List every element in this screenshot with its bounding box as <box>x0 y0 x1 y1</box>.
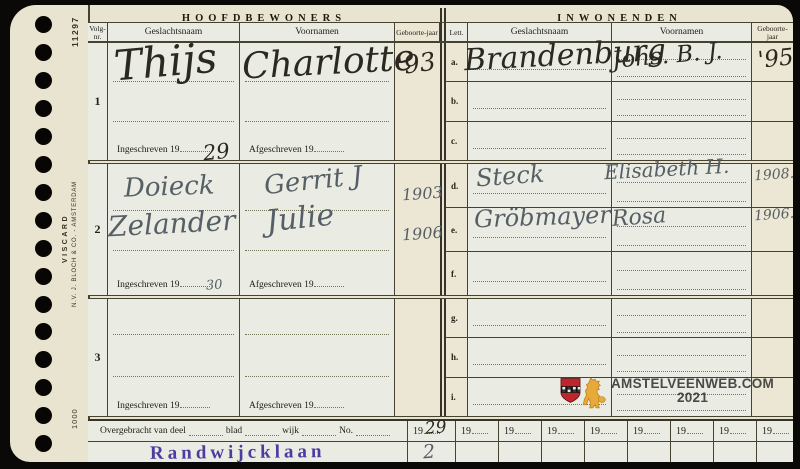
dotted-fill <box>180 399 210 408</box>
inwonende-row-b: b. <box>446 82 793 121</box>
write-line <box>617 315 746 316</box>
write-line <box>617 371 746 372</box>
year-column-4: 19 <box>541 421 584 462</box>
ingeschreven-text: Ingeschreven 19 <box>117 280 180 290</box>
inwonende-row-e: e. Gröbmayer Rosa 1906. <box>446 208 793 252</box>
punch-hole <box>35 323 52 340</box>
handwritten-birthyear: 1906. <box>754 207 795 224</box>
dotted-fill <box>644 425 660 434</box>
write-line <box>617 410 746 411</box>
write-line <box>617 76 746 77</box>
inwonenden-rows-a-c: a. Brandenburg Johs. B. J. '95 b. <box>446 43 793 160</box>
handwritten-house-number: 2 <box>422 443 435 463</box>
punch-hole <box>35 100 52 117</box>
write-line <box>113 121 234 122</box>
write-line <box>473 108 606 109</box>
transfer-label-no: No. <box>339 426 353 436</box>
dotted-fill <box>472 425 488 434</box>
transfer-label-deel: Overgebracht van deel <box>100 426 186 436</box>
lett-label: c. <box>446 122 468 160</box>
surname-cell <box>468 338 612 376</box>
surname-cell <box>468 299 612 337</box>
afgeschreven-label: Afgeschreven 19 <box>249 143 344 155</box>
transfer-label-blad: blad <box>226 426 242 436</box>
firstnames-cell: Gerrit J Julie Afgeschreven 19 <box>240 164 395 295</box>
afgeschreven-text: Afgeschreven 19 <box>249 280 314 290</box>
dotted-fill <box>558 425 574 434</box>
write-line <box>617 245 746 246</box>
write-line <box>617 270 746 271</box>
write-line <box>473 148 606 149</box>
transfer-left-cell: Overgebracht van deel blad wijk No. Rand… <box>88 421 407 462</box>
handwritten-birthyear: 1903 <box>401 185 443 204</box>
registration-card: 11297 VISCARD N.V. J. BLOCH & CO. - AMST… <box>10 5 793 462</box>
birthyear-cell: '95 <box>752 43 793 81</box>
inwonende-row-h: h. <box>446 338 793 377</box>
year-cell: 19 <box>628 421 670 442</box>
year-prefix: 19 <box>504 426 514 437</box>
dotted-fill <box>773 425 789 434</box>
surname-cell: Brandenburg <box>468 43 612 81</box>
afgeschreven-text: Afgeschreven 19 <box>249 145 314 155</box>
handwritten-birthyear-2: 1906 <box>401 225 443 244</box>
inwonende-row-g: g. <box>446 299 793 338</box>
dotted-fill <box>302 427 336 436</box>
handwritten-birthyear: '95 <box>757 46 795 73</box>
write-line <box>473 281 606 282</box>
handwritten-firstnames: Elisabeth H. <box>604 156 730 183</box>
year-cell: 19 <box>757 421 793 442</box>
afgeschreven-label: Afgeschreven 19 <box>249 278 344 290</box>
write-line <box>617 332 746 333</box>
ingeschreven-label: Ingeschreven 19 <box>117 278 210 290</box>
punch-hole <box>35 128 52 145</box>
birthyear-cell: 1903 1906 <box>395 164 440 295</box>
year-prefix: 19 <box>547 426 557 437</box>
dotted-fill <box>314 278 344 287</box>
firstnames-cell <box>612 82 752 120</box>
dotted-fill <box>245 427 279 436</box>
write-line <box>473 237 606 238</box>
punch-hole <box>35 296 52 313</box>
handwritten-firstnames: Rosa <box>611 205 667 231</box>
write-line <box>617 138 746 139</box>
punch-hole <box>35 379 52 396</box>
write-line <box>245 334 389 335</box>
handwritten-firstnames: Gerrit J <box>263 163 364 199</box>
transfer-label-wijk: wijk <box>282 426 299 436</box>
inwonende-row-c: c. <box>446 122 793 160</box>
punch-hole <box>35 72 52 89</box>
year-cell: 19 <box>671 421 713 442</box>
surname-cell: Thijs Ingeschreven 19 29 <box>108 43 240 160</box>
block-number: 3 <box>88 350 107 365</box>
birthyear-cell: '93 <box>395 43 440 160</box>
hoofdbewoner-block-1: 1 Thijs Ingeschreven 19 29 Charlotte Afg… <box>88 43 440 160</box>
lett-label: f. <box>446 252 468 295</box>
surname-cell <box>468 82 612 120</box>
firstnames-cell <box>612 299 752 337</box>
punch-hole <box>35 16 52 33</box>
inwonende-row-a: a. Brandenburg Johs. B. J. '95 <box>446 43 793 82</box>
lett-label: d. <box>446 164 468 207</box>
firstnames-cell: Rosa <box>612 208 752 251</box>
year-column-9: 19 <box>756 421 793 462</box>
year-prefix: 19 <box>676 426 686 437</box>
birthyear-cell <box>752 338 793 376</box>
year-column-7: 19 <box>670 421 713 462</box>
year-cell: 19 <box>456 421 498 442</box>
lett-label: b. <box>446 82 468 120</box>
stock-code: 1000 <box>70 408 79 429</box>
write-line <box>617 201 746 202</box>
write-line <box>473 325 606 326</box>
lett-label: h. <box>446 338 468 376</box>
handwritten-register-year: 29 <box>424 419 447 438</box>
dotted-fill <box>687 425 703 434</box>
year-column-3: 19 <box>498 421 541 462</box>
afgeschreven-text: Afgeschreven 19 <box>249 401 314 411</box>
year-cell: 19 <box>585 421 627 442</box>
year-cell: 19 <box>542 421 584 442</box>
birthyear-cell <box>752 299 793 337</box>
printer-brand: VISCARD <box>62 214 69 263</box>
birthyear-cell: 1908. <box>752 164 793 207</box>
ingeschreven-text: Ingeschreven 19 <box>117 145 180 155</box>
ingeschreven-text: Ingeschreven 19 <box>117 401 180 411</box>
punch-hole <box>35 351 52 368</box>
ingeschreven-label: Ingeschreven 19 <box>117 399 210 411</box>
handwritten-ingeschreven-year: 29 <box>202 141 231 165</box>
surname-cell <box>468 122 612 160</box>
year-column-1: 19 29 2 <box>407 421 455 462</box>
surname-cell: Ingeschreven 19 <box>108 299 240 416</box>
write-line <box>245 376 389 377</box>
write-line <box>245 250 389 251</box>
transfer-label-row: Overgebracht van deel blad wijk No. <box>88 421 407 442</box>
write-line <box>245 121 389 122</box>
ingeschreven-label: Ingeschreven 19 <box>117 143 210 155</box>
write-line <box>473 364 606 365</box>
lett-label: e. <box>446 208 468 251</box>
punch-hole <box>35 156 52 173</box>
dotted-fill <box>314 143 344 152</box>
lett-label: g. <box>446 299 468 337</box>
firstnames-cell: Elisabeth H. <box>612 164 752 207</box>
birthyear-cell <box>752 82 793 120</box>
surname-cell: Doieck Zelander Ingeschreven 19 30 <box>108 164 240 295</box>
handwritten-ingeschreven-year: 30 <box>206 278 223 292</box>
dotted-fill <box>515 425 531 434</box>
watermark: AMSTELVEENWEB.COM 2021 <box>560 377 774 409</box>
firstnames-cell: Charlotte Afgeschreven 19 <box>240 43 395 160</box>
write-line <box>113 250 234 251</box>
punch-hole <box>35 184 52 201</box>
card-serial-number: 11297 <box>70 16 80 47</box>
watermark-text: AMSTELVEENWEB.COM 2021 <box>611 377 774 405</box>
year-prefix: 19 <box>762 426 772 437</box>
firstnames-cell: Johs. B. J. <box>612 43 752 81</box>
firstnames-cell <box>612 122 752 160</box>
year-column-8: 19 <box>713 421 756 462</box>
printer-company: N.V. J. BLOCH & CO. - AMSTERDAM <box>72 181 78 307</box>
hoofdbewoner-block-2: 2 Doieck Zelander Ingeschreven 19 30 Ger… <box>88 164 440 295</box>
firstnames-cell: Afgeschreven 19 <box>240 299 395 416</box>
block-number: 1 <box>88 94 107 109</box>
volgnr-cell: 1 <box>88 43 108 160</box>
year-column-2: 19 <box>455 421 498 462</box>
afgeschreven-label: Afgeschreven 19 <box>249 399 344 411</box>
write-line <box>617 289 746 290</box>
header-voornamen-left: Voornamen <box>240 23 395 41</box>
write-line <box>113 376 234 377</box>
surname-cell <box>468 252 612 295</box>
firstnames-cell <box>612 338 752 376</box>
write-line <box>617 115 746 116</box>
firstnames-cell <box>612 252 752 295</box>
transfer-strip: Overgebracht van deel blad wijk No. Rand… <box>88 419 793 462</box>
punch-hole <box>35 268 52 285</box>
birthyear-cell: 1906. <box>752 208 793 251</box>
write-line <box>617 355 746 356</box>
birthyear-cell <box>752 122 793 160</box>
block-number: 2 <box>88 222 107 237</box>
header-lett: Lett. <box>446 23 468 41</box>
handwritten-birthyear: 1908. <box>754 167 795 184</box>
dotted-fill <box>189 427 223 436</box>
year-cell: 19 <box>714 421 756 442</box>
dotted-fill <box>730 425 746 434</box>
header-geboortejaar-right: Geboorte-jaar <box>752 23 793 41</box>
lett-label: i. <box>446 378 468 416</box>
volgnr-cell: 3 <box>88 299 108 416</box>
inwonende-row-d: d. Steck Elisabeth H. 1908. <box>446 164 793 208</box>
lion-icon <box>582 377 608 409</box>
band-1: 1 Thijs Ingeschreven 19 29 Charlotte Afg… <box>88 42 793 161</box>
punch-hole <box>35 212 52 229</box>
write-line <box>113 334 234 335</box>
hoofdbewoner-block-3: 3 Ingeschreven 19 Afgeschreven 19 <box>88 299 440 416</box>
year-column-6: 19 <box>627 421 670 462</box>
year-prefix: 19 <box>590 426 600 437</box>
dotted-fill <box>314 399 344 408</box>
surname-cell: Gröbmayer <box>468 208 612 251</box>
year-prefix: 19 <box>413 426 423 437</box>
street-name-stamp: Randwijcklaan <box>150 441 326 465</box>
year-prefix: 19 <box>719 426 729 437</box>
dotted-fill <box>601 425 617 434</box>
scanned-registration-card-photo: { "card": { "serial": "11297", "printer_… <box>0 0 800 469</box>
watermark-site: AMSTELVEENWEB.COM <box>611 377 774 391</box>
handwritten-surname: Gröbmayer <box>474 203 612 232</box>
write-line <box>617 99 746 100</box>
inwonenden-rows-d-f: d. Steck Elisabeth H. 1908. e. <box>446 164 793 295</box>
volgnr-cell: 2 <box>88 164 108 295</box>
header-volgnr: Volg-nr. <box>88 23 108 41</box>
handwritten-surname: Thijs <box>112 37 218 88</box>
birthyear-cell <box>752 252 793 295</box>
handwritten-firstnames: Charlotte <box>241 41 415 86</box>
handwritten-firstnames-2: Julie <box>265 201 336 238</box>
year-prefix: 19 <box>461 426 471 437</box>
section-titles: HOOFDBEWONERS INWONENDEN <box>88 8 793 22</box>
punch-hole <box>35 435 52 452</box>
dotted-fill <box>356 427 390 436</box>
write-line <box>473 193 606 194</box>
watermark-year: 2021 <box>611 391 774 405</box>
band-2: 2 Doieck Zelander Ingeschreven 19 30 Ger… <box>88 163 793 296</box>
handwritten-surname: Doieck <box>124 172 215 201</box>
punch-hole <box>35 44 52 61</box>
birthyear-cell <box>395 299 440 416</box>
amstelveen-crest-icon <box>560 377 581 404</box>
punch-hole <box>35 240 52 257</box>
handwritten-birthyear: '93 <box>395 48 437 78</box>
punch-hole <box>35 407 52 424</box>
inwonende-row-f: f. <box>446 252 793 295</box>
handwritten-surname-2: Zelander <box>107 207 236 242</box>
year-column-5: 19 <box>584 421 627 462</box>
year-prefix: 19 <box>633 426 643 437</box>
year-cell: 19 <box>499 421 541 442</box>
handwritten-surname: Steck <box>475 162 545 191</box>
